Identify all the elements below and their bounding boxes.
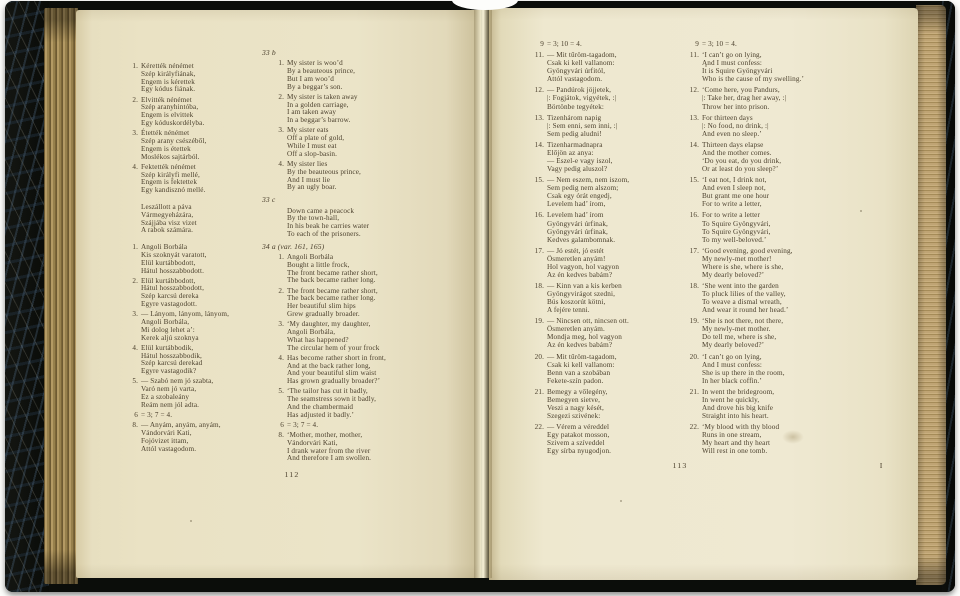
stanza: 13.Tizenhárom napig|: Sem enni, sem inni… (524, 114, 676, 138)
stanza-number: 3. (262, 321, 287, 352)
stanza-number: 19. (680, 317, 702, 349)
stanza-number: 16. (524, 211, 547, 243)
stanza-lines: ‘I can’t go on lying,And I must confess:… (702, 353, 852, 385)
verse-line: To my well-beloved.’ (702, 236, 852, 244)
verse-line: Egy patakot mosson, (547, 431, 676, 439)
stanza-number: 14. (524, 141, 547, 173)
stanza: 4.Elül kurtábbodik,Hátul hosszabbodik,Sz… (124, 345, 256, 376)
left-page-hungarian-column: 1.Kérették nénémetSzép királyfiának,Enge… (124, 63, 256, 456)
stanza-number: 2. (262, 94, 287, 125)
verse-line: ‘Come here, you Pandurs, (702, 86, 852, 94)
stanza-number: 1. (124, 63, 141, 94)
page-edge-stack-right (916, 5, 946, 585)
stanza: 5.— Szabó nem jó szabta,Varó nem jó vart… (124, 378, 256, 409)
verse-line: Szivem a szíveddel (547, 439, 676, 447)
stanza: 11.‘I can’t go on lying,And I must confe… (680, 51, 852, 83)
stanza-number: 11. (524, 51, 547, 83)
stanza-lines: Leszállott a pávaVármegyeházára,Szájjába… (141, 204, 256, 235)
verse-line: Az én kedves babám? (547, 271, 676, 279)
verse-line: And I must confess: (702, 361, 852, 369)
stanza-lines: = 3; 7 = 4. (287, 422, 414, 430)
stanza-number: 15. (524, 176, 547, 208)
stanza: 17.‘Good evening, good evening,My newly-… (680, 247, 852, 279)
stanza-lines: — Jó estét, jó estétÖsmeretlen anyám!Hol… (547, 247, 676, 279)
verse-line: ‘I can’t go on lying, (702, 353, 852, 361)
stanza-lines: Elvitték nénémetSzép aranyhintóba,Engem … (141, 97, 256, 128)
verse-line: — Eszel-e vagy iszol, (547, 157, 676, 165)
verse-line: Kerek aljú szoknya (141, 335, 256, 343)
verse-line: To each of the prisoners. (287, 231, 414, 239)
page-number-113: 113 (660, 461, 700, 470)
verse-line: In went he quickly, (702, 396, 852, 404)
stanza-number: 20. (680, 353, 702, 385)
verse-line: And even no sleep.’ (702, 130, 852, 138)
verse-line: In went the bridegroom, (702, 388, 852, 396)
stanza-lines: In went the bridegroom,In went he quickl… (702, 388, 852, 420)
stanza: 11.— Mit tűröm-tagadom,Csak ki kell vall… (524, 51, 676, 83)
stanza-number: 2. (124, 97, 141, 128)
verse-line: It is Squire Gyöngyvári (702, 67, 852, 75)
verse-line: ‘I eat not, I drink not, (702, 176, 852, 184)
stanza-lines: Levelem had’ íromGyöngyvári úrfinak,Gyön… (547, 211, 676, 243)
stanza-lines: My sister is taken awayIn a golden carri… (287, 94, 414, 125)
verse-line: A fejére tenni. (547, 306, 676, 314)
stanza-lines: Tizenhárom napig|: Sem enni, sem inni, :… (547, 114, 676, 138)
stanza-lines: TizenharmadnapraElőjön az anya:— Eszel-e… (547, 141, 676, 173)
stanza: 17.— Jó estét, jó estétÖsmeretlen anyám!… (524, 247, 676, 279)
verse-line: Ösmeretlen anyám! (547, 255, 676, 263)
stanza-lines: ‘My blood with thy bloodRuns in one stre… (702, 423, 852, 455)
verse-line: Mondja meg, hol vagyon (547, 333, 676, 341)
verse-line: Runs in one stream, (702, 431, 852, 439)
stanza-number: 22. (680, 423, 702, 455)
stanza-lines: My sister is woo’dBy a beauteous prince,… (287, 60, 414, 91)
cover-marbled-edge-left (5, 1, 49, 592)
verse-line: Egy kódus fiának. (141, 86, 256, 94)
stanza: 1.Angoli BorbálaBought a little frock,Th… (262, 254, 414, 285)
stanza: 9= 3; 10 = 4. (680, 40, 852, 48)
verse-line: Sem pedig aludni! (547, 130, 676, 138)
verse-line: Do tell me, where is she, (702, 333, 852, 341)
verse-line: Off a slop-basin. (287, 151, 414, 159)
stanza: 15.— Nem eszem, nem iszom,Sem pedig nem … (524, 176, 676, 208)
stanza-number: 12. (680, 86, 702, 110)
paper-speck (190, 520, 192, 522)
verse-line: A rabok számára. (141, 227, 256, 235)
verse-line: Egy kóduskordélyba. (141, 120, 256, 128)
right-page-hungarian-column: 9= 3; 10 = 4.11.— Mit tűröm-tagadom,Csak… (524, 40, 676, 458)
stanza-number: 4. (262, 355, 287, 386)
verse-line: My dearly beloved?’ (702, 271, 852, 279)
verse-line: — Mit tűröm-tagadom, (547, 51, 676, 59)
verse-line: To Squire Gyöngyvári, (702, 220, 852, 228)
verse-line: Gyöngyvári úrfitól, (547, 67, 676, 75)
stanza-lines: ‘Come here, you Pandurs,|: Take her, dra… (702, 86, 852, 110)
verse-line: By an ugly boar. (287, 184, 414, 192)
stanza-number (124, 204, 141, 235)
stanza-number: 1. (262, 254, 287, 285)
verse-line: Bemegy a vőlegény, (547, 388, 676, 396)
verse-line: To Squire Gyöngyvári, (702, 228, 852, 236)
verse-line: Vagy pedig aluszol? (547, 165, 676, 173)
book-gutter (474, 8, 492, 578)
stanza-number: 3. (124, 130, 141, 161)
stanza-lines: Elül kurtábbodik,Hátul hosszabbodik,Szép… (141, 345, 256, 376)
stanza: 3.‘My daughter, my daughter,Angoli Borbá… (262, 321, 414, 352)
stanza-number: 19. (524, 317, 547, 349)
stanza: 1.Angoli BorbálaKis szoknyát varatott,El… (124, 244, 256, 275)
page-edge-stack-left (44, 8, 78, 584)
stanza: 20.‘I can’t go on lying,And I must confe… (680, 353, 852, 385)
stanza-number: 11. (680, 51, 702, 83)
verse-line: Kedves galambomnak. (547, 236, 676, 244)
stanza-lines: Angoli BorbálaKis szoknyát varatott,Elül… (141, 244, 256, 275)
right-page-english-column: 9= 3; 10 = 4.11.‘I can’t go on lying,And… (680, 40, 852, 458)
verse-line: And drove his big knife (702, 404, 852, 412)
stanza: 15.‘I eat not, I drink not,And even I sl… (680, 176, 852, 208)
stanza-lines: ‘She is not there, not there,My newly-me… (702, 317, 852, 349)
stanza: 2.My sister is taken awayIn a golden car… (262, 94, 414, 125)
stanza-lines: My sister eatsOff a plate of gold,While … (287, 127, 414, 158)
stanza-lines: — Szabó nem jó szabta,Varó nem jó varta,… (141, 378, 256, 409)
verse-line: |: Fogjátok, vigyétek, :| (547, 94, 676, 102)
stanza-number: 18. (680, 282, 702, 314)
verse-line: Egy sírba nyugodjon. (547, 447, 676, 455)
verse-line: She is up there in the room, (702, 369, 852, 377)
verse-line: ‘She went into the garden (702, 282, 852, 290)
paper-speck (620, 500, 622, 502)
stanza-lines: ‘She went into the gardenTo pluck lilies… (702, 282, 852, 314)
stanza-lines: My sister liesBy the beauteous prince,An… (287, 161, 414, 192)
stanza-lines: — Anyám, anyám, anyám,Vándorvári Kati,Fo… (141, 422, 256, 453)
verse-line: Bemegyen sietve, (547, 396, 676, 404)
verse-line: Has adjusted it badly.’ (287, 412, 414, 420)
stanza-number: 21. (680, 388, 702, 420)
verse-line: — Nem eszem, nem iszom, (547, 176, 676, 184)
stanza: Down came a peacockBy the town-hall,In h… (262, 208, 414, 239)
book-photo: 1.Kérették nénémetSzép királyfiának,Enge… (0, 0, 960, 596)
stanza-lines: For thirteen days|: No food, no drink, :… (702, 114, 852, 138)
paper-speck (860, 210, 862, 212)
verse-line: For to write a letter, (702, 200, 852, 208)
verse-line: Attól vastagodom. (547, 75, 676, 83)
verse-line: Will rest in one tomb. (702, 447, 852, 455)
verse-line: Levelem had’ írom, (547, 200, 676, 208)
stanza-lines: Bemegy a vőlegény,Bemegyen sietve,Veszi … (547, 388, 676, 420)
stanza-number: 6 (124, 412, 141, 420)
stanza-number: 9 (680, 40, 702, 48)
left-page-english-column: 33 b1.My sister is woo’dBy a beauteous p… (262, 49, 414, 466)
stanza: 22.‘My blood with thy bloodRuns in one s… (680, 423, 852, 455)
verse-line: Tizenharmadnapra (547, 141, 676, 149)
stanza-number: 18. (524, 282, 547, 314)
verse-line: Or at least do you sleep?’ (702, 165, 852, 173)
stanza: 22.— Vérem a véreddelEgy patakot mosson,… (524, 423, 676, 455)
stanza: 4.Has become rather short in front,And a… (262, 355, 414, 386)
verse-line: Levelem had’ írom (547, 211, 676, 219)
stanza: 2.Elül kurtábbodott,Hátul hosszabbodott,… (124, 278, 256, 309)
stanza: 13.For thirteen days|: No food, no drink… (680, 114, 852, 138)
verse-line: Egyre vastagodik? (141, 368, 256, 376)
stanza: 2.The front became rather short,The back… (262, 288, 414, 319)
verse-line: Veszi a nagy kését, (547, 404, 676, 412)
page-number-112: 112 (268, 470, 316, 479)
page-stain (782, 430, 804, 444)
verse-line: Gyöngyvári úrfinak, (547, 220, 676, 228)
stanza-number: 17. (680, 247, 702, 279)
verse-line: = 3; 7 = 4. (287, 422, 414, 430)
stanza-lines: — Mit tűröm-tagadom,Csak ki kell vallano… (547, 353, 676, 385)
stanza: 3.My sister eatsOff a plate of gold,Whil… (262, 127, 414, 158)
verse-line: Csak ki kell vallanom: (547, 59, 676, 67)
stanza: 3.— Lányom, lányom, lányom,Angoli Borbál… (124, 311, 256, 342)
verse-line: And I must confess: (702, 59, 852, 67)
stanza: 1.Kérették nénémetSzép királyfiának,Enge… (124, 63, 256, 94)
verse-line: Grew gradually broader. (287, 311, 414, 319)
section-label: 34 a (var. 161, 165) (262, 243, 414, 251)
verse-line: Egyre vastagodott. (141, 301, 256, 309)
stanza-lines: Elül kurtábbodott,Hátul hosszabbodott,Sz… (141, 278, 256, 309)
verse-line: — Kinn van a kis kerben (547, 282, 676, 290)
stanza: 8.— Anyám, anyám, anyám,Vándorvári Kati,… (124, 422, 256, 453)
verse-line: To pluck lilies of the valley, (702, 290, 852, 298)
verse-line: ‘My blood with thy blood (702, 423, 852, 431)
stanza: 6= 3; 7 = 4. (124, 412, 256, 420)
paper-speck (705, 65, 707, 67)
stanza-lines: = 3; 10 = 4. (547, 40, 676, 48)
verse-line: And even I sleep not, (702, 184, 852, 192)
verse-line: — Mit tűröm-tagadom, (547, 353, 676, 361)
verse-line: In a beggar’s barrow. (287, 117, 414, 125)
section-label: 33 b (262, 49, 414, 57)
stanza-number: 8. (124, 422, 141, 453)
verse-line: Thirteen days elapse (702, 141, 852, 149)
stanza: 12.— Pandúrok jöjjetek,|: Fogjátok, vigy… (524, 86, 676, 110)
verse-line: — Vérem a véreddel (547, 423, 676, 431)
stanza-lines: Kérették nénémetSzép királyfiának,Engem … (141, 63, 256, 94)
stanza: 18.‘She went into the gardenTo pluck lil… (680, 282, 852, 314)
stanza: 18.— Kinn van a kis kerbenGyöngyvirágot … (524, 282, 676, 314)
stanza: 4.Fektették nénémetSzép királyfi mellé,E… (124, 164, 256, 195)
verse-line: My newly-met mother! (702, 255, 852, 263)
verse-line: Az én kedves babám? (547, 341, 676, 349)
verse-line: Tizenhárom napig (547, 114, 676, 122)
verse-line: My dearly beloved?’ (702, 341, 852, 349)
verse-line: Ösmeretlen anyám. (547, 325, 676, 333)
stanza: 21.In went the bridegroom,In went he qui… (680, 388, 852, 420)
verse-line: = 3; 10 = 4. (547, 40, 676, 48)
stanza-number: 1. (124, 244, 141, 275)
stanza-number: 4. (124, 345, 141, 376)
verse-line: ‘Good evening, good evening, (702, 247, 852, 255)
verse-line: = 3; 10 = 4. (702, 40, 852, 48)
verse-line: Attól vastagodom. (141, 446, 256, 454)
stanza: 12.‘Come here, you Pandurs,|: Take her, … (680, 86, 852, 110)
stanza-number: 4. (124, 164, 141, 195)
verse-line: For to write a letter (702, 211, 852, 219)
stanza: 16.For to write a letterTo Squire Gyöngy… (680, 211, 852, 243)
stanza-number: 12. (524, 86, 547, 110)
stanza: 6= 3; 7 = 4. (262, 422, 414, 430)
stanza: 9= 3; 10 = 4. (524, 40, 676, 48)
verse-line: Straight into his heart. (702, 412, 852, 420)
stanza-lines: ‘The tailor has cut it badly,The seamstr… (287, 388, 414, 419)
verse-line: Reám nem jól adta. (141, 402, 256, 410)
stanza-number: 4. (262, 161, 287, 192)
stanza-lines: — Nincsen ott, nincsen ott.Ösmeretlen an… (547, 317, 676, 349)
stanza-number: 13. (680, 114, 702, 138)
section-label: 33 c (262, 196, 414, 204)
stanza-number: 15. (680, 176, 702, 208)
stanza: 1.My sister is woo’dBy a beauteous princ… (262, 60, 414, 91)
verse-line: For thirteen days (702, 114, 852, 122)
stanza-number: 16. (680, 211, 702, 243)
stanza-number: 14. (680, 141, 702, 173)
stanza-number (262, 208, 287, 239)
stanza-number: 3. (124, 311, 141, 342)
stanza-number: 1. (262, 60, 287, 91)
stanza-lines: ‘I can’t go on lying,And I must confess:… (702, 51, 852, 83)
stanza-lines: — Lányom, lányom, lányom,Angoli Borbála,… (141, 311, 256, 342)
stanza-number: 2. (124, 278, 141, 309)
stanza-lines: Angoli BorbálaBought a little frock,The … (287, 254, 414, 285)
verse-line: In her black coffin.’ (702, 377, 852, 385)
verse-line: And wear it round her head.’ (702, 306, 852, 314)
stanza-lines: Fektették nénémetSzép királyfi mellé,Eng… (141, 164, 256, 195)
stanza: 2.Elvitték nénémetSzép aranyhintóba,Enge… (124, 97, 256, 128)
printers-signature-mark: I (874, 461, 888, 470)
stanza-number: 5. (124, 378, 141, 409)
stanza-lines: — Nem eszem, nem iszom,Sem pedig nem als… (547, 176, 676, 208)
verse-line: Börtönbe tegyétek: (547, 103, 676, 111)
verse-line: Szegezi szivének: (547, 412, 676, 420)
verse-line: Where is she, where is she, (702, 263, 852, 271)
stanza-lines: — Vérem a véreddelEgy patakot mosson,Szi… (547, 423, 676, 455)
stanza-lines: = 3; 7 = 4. (141, 412, 256, 420)
stanza-lines: Thirteen days elapseAnd the mother comes… (702, 141, 852, 173)
stanza: 21.Bemegy a vőlegény,Bemegyen sietve,Ves… (524, 388, 676, 420)
verse-line: Hol vagyon, hol vagyon (547, 263, 676, 271)
stanza-lines: ‘My daughter, my daughter,Angoli Borbála… (287, 321, 414, 352)
stanza-lines: — Mit tűröm-tagadom,Csak ki kell vallano… (547, 51, 676, 83)
verse-line: By a beggar’s son. (287, 84, 414, 92)
verse-line: The back became rather long. (287, 277, 414, 285)
stanza-lines: — Kinn van a kis kerbenGyöngyvirágot sze… (547, 282, 676, 314)
stanza-number: 17. (524, 247, 547, 279)
verse-line: Moslékos sajtárból. (141, 154, 256, 162)
verse-line: Fekete-szín padon. (547, 377, 676, 385)
verse-line: Has grown gradually broader?’ (287, 378, 414, 386)
stanza-number: 2. (262, 288, 287, 319)
stanza-number: 6 (262, 422, 287, 430)
stanza: 19.‘She is not there, not there,My newly… (680, 317, 852, 349)
stanza-number: 13. (524, 114, 547, 138)
verse-line: To weave a dismal wreath, (702, 298, 852, 306)
verse-line: Gyöngyvári úrfinak, (547, 228, 676, 236)
verse-line: But grant me one hour (702, 192, 852, 200)
stanza-lines: Has become rather short in front,And at … (287, 355, 414, 386)
verse-line: Who is the cause of my swelling.’ (702, 75, 852, 83)
verse-line: ‘She is not there, not there, (702, 317, 852, 325)
stanza-lines: — Pandúrok jöjjetek,|: Fogjátok, vigyéte… (547, 86, 676, 110)
stanza-lines: ‘Mother, mother, mother,Vándorvári Kati,… (287, 432, 414, 463)
stanza-number: 21. (524, 388, 547, 420)
verse-line: Sem pedig nem alszom; (547, 184, 676, 192)
verse-line: And therefore I am swollen. (287, 455, 414, 463)
stanza: 8.‘Mother, mother, mother,Vándorvári Kat… (262, 432, 414, 463)
stanza: 16.Levelem had’ íromGyöngyvári úrfinak,G… (524, 211, 676, 243)
verse-line: Benn van a szobában (547, 369, 676, 377)
stanza-lines: Étették nénémetSzép arany csészéből,Enge… (141, 130, 256, 161)
stanza: 4.My sister liesBy the beauteous prince,… (262, 161, 414, 192)
stanza-number: 9 (524, 40, 547, 48)
stanza: Leszállott a pávaVármegyeházára,Szájjába… (124, 204, 256, 235)
verse-line: = 3; 7 = 4. (141, 412, 256, 420)
verse-line: Hátul hosszabbodott. (141, 268, 256, 276)
verse-line: ‘Do you eat, do you drink, (702, 157, 852, 165)
stanza-number: 3. (262, 127, 287, 158)
stanza-lines: ‘Good evening, good evening,My newly-met… (702, 247, 852, 279)
verse-line: Csak egy órát engedj, (547, 192, 676, 200)
stanza: 14.TizenharmadnapraElőjön az anya:— Esze… (524, 141, 676, 173)
verse-line: Bús koszorút kötni, (547, 298, 676, 306)
verse-line: ‘I can’t go on lying, (702, 51, 852, 59)
stanza: 3.Étették nénémetSzép arany csészéből,En… (124, 130, 256, 161)
stanza-lines: = 3; 10 = 4. (702, 40, 852, 48)
stanza: 5.‘The tailor has cut it badly,The seams… (262, 388, 414, 419)
stanza-lines: For to write a letterTo Squire Gyöngyvár… (702, 211, 852, 243)
verse-line: — Pandúrok jöjjetek, (547, 86, 676, 94)
verse-line: My newly-met mother. (702, 325, 852, 333)
verse-line: Throw her into prison. (702, 103, 852, 111)
verse-line: |: No food, no drink, :| (702, 122, 852, 130)
stanza: 19.— Nincsen ott, nincsen ott.Ösmeretlen… (524, 317, 676, 349)
verse-line: The circular hem of your frock (287, 345, 414, 353)
stanza-lines: The front became rather short,The back b… (287, 288, 414, 319)
verse-line: — Jó estét, jó estét (547, 247, 676, 255)
verse-line: Csak ki kell vallanom: (547, 361, 676, 369)
stanza-number: 5. (262, 388, 287, 419)
stanza-lines: ‘I eat not, I drink not,And even I sleep… (702, 176, 852, 208)
verse-line: Gyöngyvirágot szedni, (547, 290, 676, 298)
verse-line: |: Take her, drag her away, :| (702, 94, 852, 102)
stanza-number: 8. (262, 432, 287, 463)
stanza-lines: Down came a peacockBy the town-hall,In h… (287, 208, 414, 239)
stanza-number: 22. (524, 423, 547, 455)
verse-line: And the mother comes. (702, 149, 852, 157)
stanza: 20.— Mit tűröm-tagadom,Csak ki kell vall… (524, 353, 676, 385)
verse-line: My heart and thy heart (702, 439, 852, 447)
verse-line: Egy kandisznó mellé. (141, 187, 256, 195)
stanza: 14.Thirteen days elapseAnd the mother co… (680, 141, 852, 173)
stanza-number: 20. (524, 353, 547, 385)
verse-line: Előjön az anya: (547, 149, 676, 157)
verse-line: |: Sem enni, sem inni, :| (547, 122, 676, 130)
